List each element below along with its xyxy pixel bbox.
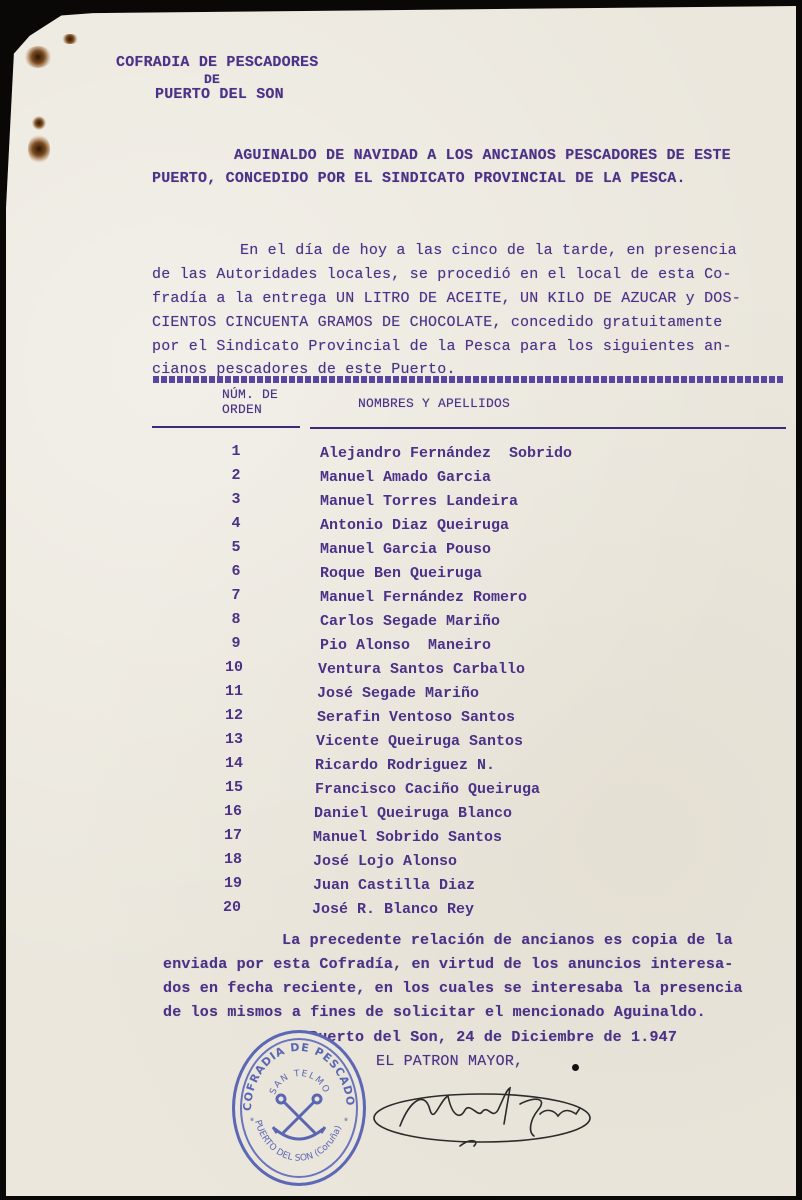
row-number: 5: [216, 539, 256, 556]
row-number: 18: [213, 851, 253, 868]
place-date: Puerto del Son, 24 de Diciembre de 1.947: [309, 1029, 677, 1046]
row-number: 14: [214, 755, 254, 772]
row-number: 7: [216, 587, 256, 604]
closing-line: La precedente relación de ancianos es co…: [282, 932, 733, 949]
row-name: Ventura Santos Carballo: [318, 661, 525, 678]
row-name: Manuel Amado Garcia: [320, 469, 491, 486]
row-name: Daniel Queiruga Blanco: [314, 805, 512, 822]
row-name: Manuel Garcia Pouso: [320, 541, 491, 558]
intro-line: por el Sindicato Provincial de la Pesca …: [152, 338, 732, 355]
row-number: 17: [213, 827, 253, 844]
row-name: José Segade Mariño: [317, 685, 479, 702]
org-name-line2: DE: [204, 72, 220, 87]
row-name: Alejandro Fernández Sobrido: [320, 445, 572, 462]
col-header-num-1: NÚM. DE: [222, 387, 278, 402]
row-number: 3: [216, 491, 256, 508]
burn-mark: [24, 46, 52, 68]
header-rule: [310, 427, 786, 429]
row-number: 15: [214, 779, 254, 796]
org-name-line3: PUERTO DEL SON: [155, 86, 284, 103]
org-name-line1: COFRADIA DE PESCADORES: [116, 54, 318, 71]
intro-line: CIENTOS CINCUENTA GRAMOS DE CHOCOLATE, c…: [152, 314, 723, 331]
header-rule: [152, 426, 300, 428]
double-dash-rule: [153, 376, 785, 383]
col-header-name: NOMBRES Y APELLIDOS: [358, 396, 510, 411]
row-name: Francisco Caciño Queiruga: [315, 781, 540, 798]
row-name: Antonio Diaz Queiruga: [320, 517, 509, 534]
row-number: 4: [216, 515, 256, 532]
burn-mark: [61, 34, 79, 44]
official-stamp: COFRADIA DE PESCADORES SAN TELMO PUERTO …: [232, 1030, 366, 1186]
closing-line: enviada por esta Cofradía, en virtud de …: [163, 956, 734, 973]
stamp-graphic: COFRADIA DE PESCADORES SAN TELMO PUERTO …: [235, 1033, 363, 1183]
row-name: Roque Ben Queiruga: [320, 565, 482, 582]
signer-title: EL PATRON MAYOR,: [376, 1053, 523, 1070]
row-number: 12: [214, 707, 254, 724]
row-name: Juan Castilla Diaz: [313, 877, 475, 894]
row-name: Manuel Torres Landeira: [320, 493, 518, 510]
closing-line: de los mismos a fines de solicitar el me…: [163, 1004, 706, 1021]
intro-line: En el día de hoy a las cinco de la tarde…: [240, 242, 737, 259]
svg-text:*: *: [343, 1117, 349, 1129]
row-name: Manuel Sobrido Santos: [313, 829, 502, 846]
burn-mark: [32, 116, 46, 130]
row-number: 11: [214, 683, 254, 700]
col-header-num-2: ORDEN: [222, 402, 262, 417]
row-name: Manuel Fernández Romero: [320, 589, 527, 606]
doc-title-line1: AGUINALDO DE NAVIDAD A LOS ANCIANOS PESC…: [234, 147, 731, 164]
burn-mark: [28, 134, 50, 164]
row-number: 8: [216, 611, 256, 628]
doc-title-line2: PUERTO, CONCEDIDO POR EL SINDICATO PROVI…: [152, 170, 686, 187]
row-name: Pio Alonso Maneiro: [320, 637, 491, 654]
row-number: 2: [216, 467, 256, 484]
intro-line: de las Autoridades locales, se procedió …: [152, 266, 732, 283]
row-name: José R. Blanco Rey: [312, 901, 474, 918]
svg-text:SAN TELMO: SAN TELMO: [268, 1069, 331, 1096]
row-name: José Lojo Alonso: [313, 853, 457, 870]
row-name: Ricardo Rodriguez N.: [315, 757, 495, 774]
row-name: Serafin Ventoso Santos: [317, 709, 515, 726]
handwritten-signature: [370, 1080, 600, 1155]
row-number: 9: [216, 635, 256, 652]
crossed-anchors-icon: [273, 1095, 325, 1139]
stamp-bottom-text: PUERTO DEL SON (Coruña): [252, 1119, 344, 1164]
row-number: 6: [216, 563, 256, 580]
svg-text:PUERTO DEL SON (Coruña): PUERTO DEL SON (Coruña): [252, 1119, 344, 1164]
row-name: Carlos Segade Mariño: [320, 613, 500, 630]
row-name: Vicente Queiruga Santos: [316, 733, 523, 750]
closing-line: dos en fecha reciente, en los cuales se …: [163, 980, 743, 997]
stamp-inner-text: SAN TELMO: [268, 1069, 331, 1096]
row-number: 10: [214, 659, 254, 676]
signature-icon: [370, 1080, 600, 1150]
row-number: 1: [216, 443, 256, 460]
intro-line: fradía a la entrega UN LITRO DE ACEITE, …: [152, 290, 741, 307]
row-number: 19: [213, 875, 253, 892]
row-number: 20: [212, 899, 252, 916]
row-number: 16: [213, 803, 253, 820]
svg-text:*: *: [249, 1117, 255, 1129]
row-number: 13: [214, 731, 254, 748]
ink-dot: [572, 1064, 579, 1071]
